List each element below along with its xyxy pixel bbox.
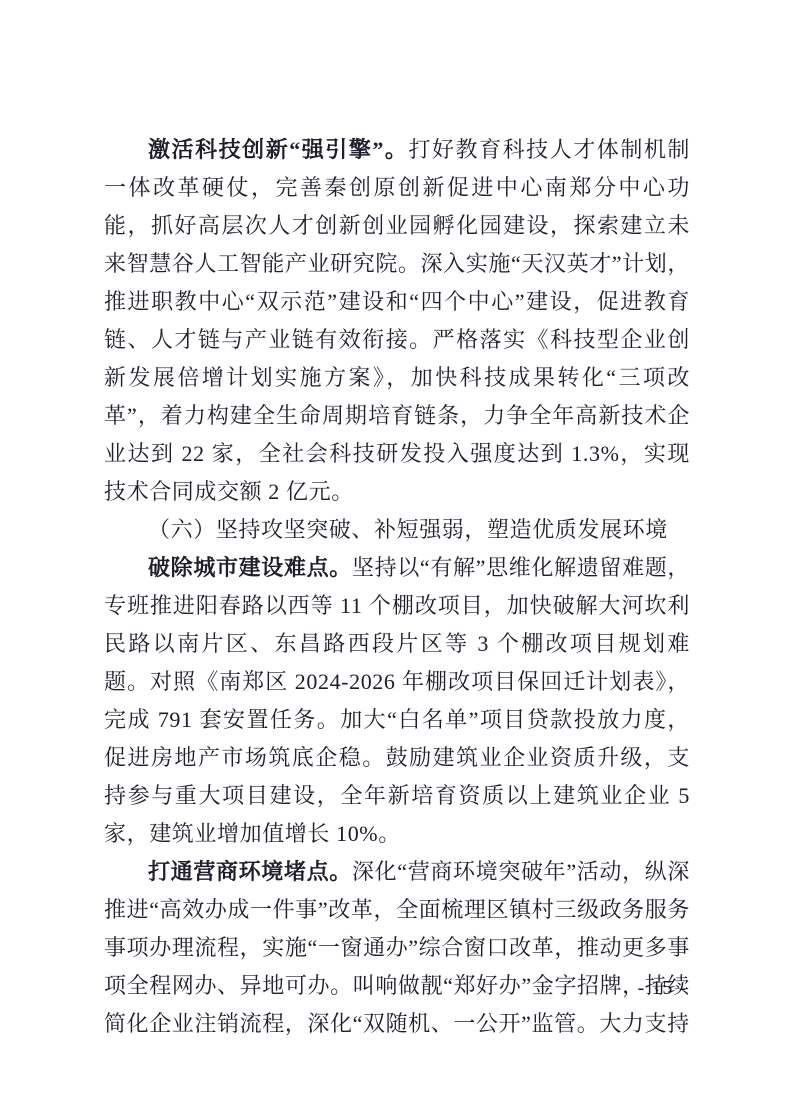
paragraph-urban-construction-lead: 破除城市建设难点。 <box>148 555 352 580</box>
paragraph-business-environment: 打通营商环境堵点。深化“营商环境突破年”活动，纵深推进“高效办成一件事”改革，全… <box>104 853 690 1043</box>
section-heading-six-text: （六）坚持攻坚突破、补短强弱，塑造优质发展环境 <box>148 517 668 542</box>
paragraph-urban-construction: 破除城市建设难点。坚持以“有解”思维化解遗留难题，专班推进阳春路以西等 11 个… <box>104 549 690 853</box>
paragraph-business-environment-text: 深化“营商环境突破年”活动，纵深推进“高效办成一件事”改革，全面梳理区镇村三级政… <box>104 859 690 1036</box>
paragraph-tech-innovation: 激活科技创新“强引擎”。打好教育科技人才体制机制一体改革硬仗，完善秦创原创新促进… <box>104 131 690 511</box>
section-heading-six: （六）坚持攻坚突破、补短强弱，塑造优质发展环境 <box>104 511 690 549</box>
paragraph-business-environment-lead: 打通营商环境堵点。 <box>148 859 352 884</box>
paragraph-urban-construction-text: 坚持以“有解”思维化解遗留难题，专班推进阳春路以西等 11 个棚改项目，加快破解… <box>104 555 690 846</box>
paragraph-tech-innovation-lead: 激活科技创新“强引擎”。 <box>148 137 408 162</box>
document-page: 激活科技创新“强引擎”。打好教育科技人才体制机制一体改革硬仗，完善秦创原创新促进… <box>0 0 792 1120</box>
document-content: 激活科技创新“强引擎”。打好教育科技人才体制机制一体改革硬仗，完善秦创原创新促进… <box>104 131 690 1043</box>
page-number: - 15 - <box>638 975 687 1001</box>
paragraph-tech-innovation-text: 打好教育科技人才体制机制一体改革硬仗，完善秦创原创新促进中心南郑分中心功能，抓好… <box>104 137 690 504</box>
